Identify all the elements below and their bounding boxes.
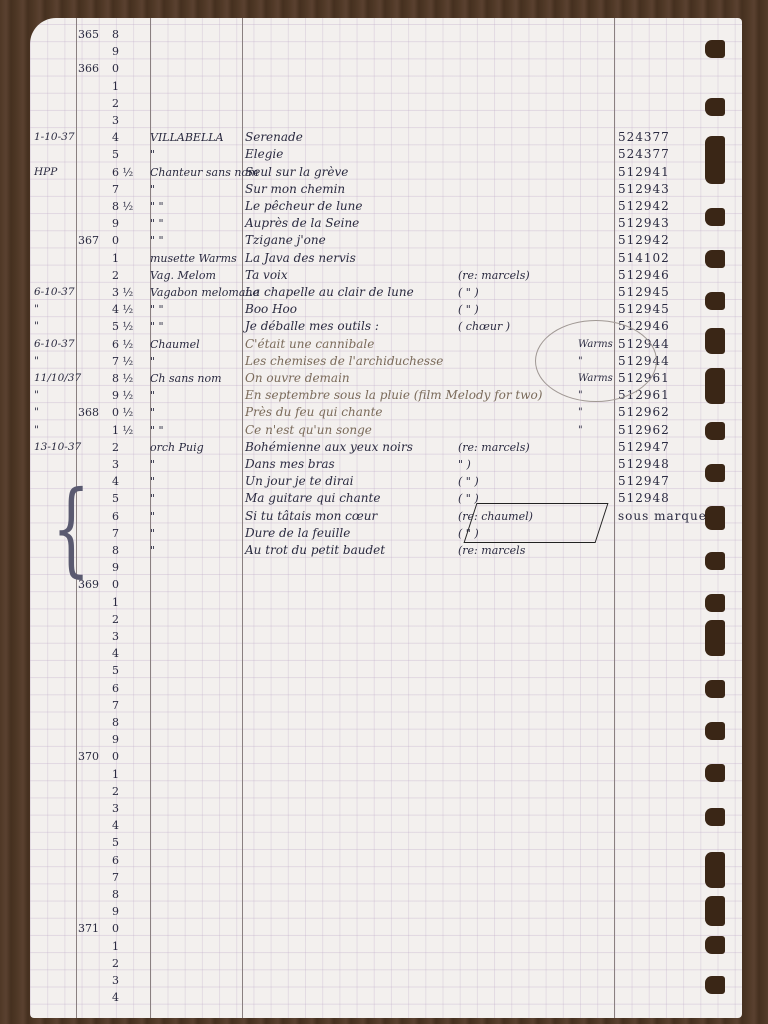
cell-artist: Chaumel <box>150 336 200 353</box>
brace-annotation: { <box>52 470 90 589</box>
cell-sub: 2 <box>112 783 119 800</box>
cell-sub: 4 <box>112 989 119 1006</box>
ledger-row: 3700 <box>30 748 742 765</box>
cell-matrix: 512942 <box>618 198 670 215</box>
ledger-row: 4 <box>30 645 742 662</box>
cell-date: " <box>34 422 39 439</box>
cell-sub: 0 <box>112 576 119 593</box>
ledger-row: 1 <box>30 938 742 955</box>
cell-artist: Chanteur sans nom <box>150 164 258 181</box>
cell-matrix: 512945 <box>618 284 670 301</box>
ledger-row: 5"Elegie524377 <box>30 146 742 163</box>
binder-hole <box>705 620 725 656</box>
cell-title: En septembre sous la pluie (film Melody … <box>245 387 542 404</box>
cell-sub: 7 <box>112 697 119 714</box>
cell-sub: 1 ½ <box>112 422 133 439</box>
ledger-row: 3 <box>30 972 742 989</box>
cell-sub: 8 <box>112 26 119 43</box>
binder-hole <box>705 722 725 740</box>
cell-title: Seul sur la grève <box>245 164 348 181</box>
cell-sub: 1 <box>112 766 119 783</box>
cell-sub: 6 <box>112 680 119 697</box>
cell-sub: 7 <box>112 869 119 886</box>
ledger-row: 1 <box>30 78 742 95</box>
cell-num: 365 <box>78 26 99 43</box>
cell-matrix: 512943 <box>618 215 670 232</box>
cell-sub: 8 <box>112 542 119 559</box>
cell-note: ( " ) <box>458 473 479 490</box>
cell-sub: 9 <box>112 43 119 60</box>
ledger-row: 9 <box>30 559 742 576</box>
cell-title: La chapelle au clair de lune <box>245 284 414 301</box>
cell-title: On ouvre demain <box>245 370 350 387</box>
cell-date: " <box>34 318 39 335</box>
ledger-row: 2Vag. MelomTa voix(re: marcels)512946 <box>30 267 742 284</box>
cell-label: " <box>578 404 583 421</box>
cell-sub: 0 <box>112 60 119 77</box>
cell-title: Je déballe mes outils : <box>245 318 379 335</box>
ledger-row: 2 <box>30 783 742 800</box>
cell-note: (re: marcels <box>458 542 525 559</box>
cell-sub: 7 <box>112 181 119 198</box>
ledger-row: 4"Un jour je te dirai( " )512947 <box>30 473 742 490</box>
cell-title: Auprès de la Seine <box>245 215 359 232</box>
cell-matrix: 524377 <box>618 129 670 146</box>
cell-matrix: 524377 <box>618 146 670 163</box>
cell-sub: 5 <box>112 662 119 679</box>
ledger-row: 1musette WarmsLa Java des nervis514102 <box>30 250 742 267</box>
cell-title: C'était une cannibale <box>245 336 374 353</box>
ledger-row: 7"Dure de la feuille( " ) <box>30 525 742 542</box>
cell-date: 1-10-37 <box>34 129 75 146</box>
cell-sub: 1 <box>112 250 119 267</box>
ledger-row: 2 <box>30 955 742 972</box>
binder-hole <box>705 98 725 116</box>
cell-matrix: 512947 <box>618 439 670 456</box>
cell-matrix: 512945 <box>618 301 670 318</box>
cell-artist: " <box>150 490 155 507</box>
ledger-row: 3690 <box>30 576 742 593</box>
binder-hole <box>705 328 725 354</box>
binder-hole <box>705 250 725 268</box>
ledger-row: 3670" "Tzigane j'one512942 <box>30 232 742 249</box>
cell-artist: " <box>150 525 155 542</box>
cell-title: Ma guitare qui chante <box>245 490 380 507</box>
ledger-row: 6-10-373 ½Vagabon melomaneLa chapelle au… <box>30 284 742 301</box>
binder-hole <box>705 552 725 570</box>
binder-hole <box>705 464 725 482</box>
ledger-row: 4 <box>30 989 742 1006</box>
cell-note: ( " ) <box>458 301 479 318</box>
ledger-row: 3 <box>30 112 742 129</box>
ledger-row: 8 ½" "Le pêcheur de lune512942 <box>30 198 742 215</box>
binder-hole <box>705 136 725 184</box>
ink-box-annotation <box>464 503 609 543</box>
cell-sub: 2 <box>112 955 119 972</box>
cell-date: 6-10-37 <box>34 336 75 353</box>
ledger-row: 1 <box>30 766 742 783</box>
ledger-row: 3660 <box>30 60 742 77</box>
cell-date: 6-10-37 <box>34 284 75 301</box>
cell-sub: 5 <box>112 490 119 507</box>
cell-num: 367 <box>78 232 99 249</box>
cell-note: " ) <box>458 456 471 473</box>
cell-note: (re: marcels) <box>458 267 530 284</box>
cell-title: Boo Hoo <box>245 301 297 318</box>
cell-sub: 1 <box>112 938 119 955</box>
cell-artist: " <box>150 353 155 370</box>
cell-sub: 3 <box>112 456 119 473</box>
ledger-row: 8 <box>30 886 742 903</box>
cell-sub: 8 <box>112 886 119 903</box>
ledger-row: 9 <box>30 903 742 920</box>
ledger-row: 6 <box>30 852 742 869</box>
cell-artist: " <box>150 473 155 490</box>
binder-hole <box>705 292 725 310</box>
cell-sub: 5 ½ <box>112 318 133 335</box>
cell-sub: 9 <box>112 903 119 920</box>
cell-sub: 3 ½ <box>112 284 133 301</box>
cell-artist: " <box>150 404 155 421</box>
cell-sub: 3 <box>112 628 119 645</box>
binder-hole <box>705 506 725 530</box>
ledger-row: 5 <box>30 834 742 851</box>
cell-sub: 8 ½ <box>112 370 133 387</box>
binder-hole <box>705 422 725 440</box>
cell-artist: " <box>150 456 155 473</box>
ledger-row: 5 <box>30 662 742 679</box>
cell-artist: " <box>150 146 155 163</box>
ledger-row: 1-10-374VILLABELLASerenade524377 <box>30 129 742 146</box>
ledger-row: 5"Ma guitare qui chante( " )512948 <box>30 490 742 507</box>
cell-title: Ce n'est qu'un songe <box>245 422 372 439</box>
cell-matrix: 512962 <box>618 404 670 421</box>
ledger-row: 3 <box>30 628 742 645</box>
cell-matrix: 514102 <box>618 250 670 267</box>
cell-sub: 0 <box>112 232 119 249</box>
cell-matrix: sous marque <box>618 508 707 525</box>
cell-sub: 9 <box>112 559 119 576</box>
cell-artist: " <box>150 181 155 198</box>
cell-matrix: 512947 <box>618 473 670 490</box>
cell-artist: " " <box>150 198 164 215</box>
cell-title: Dure de la feuille <box>245 525 350 542</box>
cell-title: Tzigane j'one <box>245 232 326 249</box>
cell-sub: 5 <box>112 146 119 163</box>
cell-sub: 9 ½ <box>112 387 133 404</box>
cell-date: 11/10/37 <box>34 370 81 387</box>
cell-sub: 9 <box>112 215 119 232</box>
cell-sub: 6 ½ <box>112 336 133 353</box>
ledger-row: "1 ½" "Ce n'est qu'un songe"512962 <box>30 422 742 439</box>
cell-title: Bohémienne aux yeux noirs <box>245 439 413 456</box>
cell-title: Si tu tâtais mon cœur <box>245 508 377 525</box>
cell-sub: 2 <box>112 95 119 112</box>
cell-note: ( chœur ) <box>458 318 510 335</box>
cell-sub: 6 ½ <box>112 164 133 181</box>
cell-sub: 4 ½ <box>112 301 133 318</box>
cell-sub: 0 <box>112 920 119 937</box>
ledger-page: 3658936601231-10-374VILLABELLASerenade52… <box>30 18 742 1018</box>
ledger-row: 7"Sur mon chemin512943 <box>30 181 742 198</box>
cell-sub: 7 <box>112 525 119 542</box>
cell-artist: Ch sans nom <box>150 370 222 387</box>
cell-title: Sur mon chemin <box>245 181 345 198</box>
cell-date: HPP <box>34 164 57 181</box>
cell-artist: " <box>150 542 155 559</box>
cell-title: Dans mes bras <box>245 456 335 473</box>
cell-sub: 8 ½ <box>112 198 133 215</box>
cell-label: " <box>578 422 583 439</box>
ledger-row: 9" "Auprès de la Seine512943 <box>30 215 742 232</box>
pencil-circle-annotation <box>535 320 657 402</box>
cell-title: Près du feu qui chante <box>245 404 383 421</box>
cell-artist: " <box>150 387 155 404</box>
ledger-row: "4 ½" "Boo Hoo( " )512945 <box>30 301 742 318</box>
cell-sub: 2 <box>112 611 119 628</box>
cell-sub: 3 <box>112 800 119 817</box>
cell-artist: " " <box>150 232 164 249</box>
ledger-row: 9 <box>30 43 742 60</box>
ledger-row: 3658 <box>30 26 742 43</box>
cell-sub: 1 <box>112 594 119 611</box>
cell-sub: 0 <box>112 748 119 765</box>
binder-hole <box>705 896 725 926</box>
cell-matrix: 512948 <box>618 490 670 507</box>
cell-sub: 0 ½ <box>112 404 133 421</box>
ledger-row: 7 <box>30 869 742 886</box>
cell-title: Serenade <box>245 129 303 146</box>
ledger-row: "3680 ½"Près du feu qui chante"512962 <box>30 404 742 421</box>
cell-note: ( " ) <box>458 284 479 301</box>
ledger-row: 8"Au trot du petit baudet(re: marcels <box>30 542 742 559</box>
cell-sub: 4 <box>112 817 119 834</box>
cell-title: Le pêcheur de lune <box>245 198 363 215</box>
cell-sub: 6 <box>112 852 119 869</box>
cell-sub: 4 <box>112 645 119 662</box>
cell-sub: 4 <box>112 473 119 490</box>
cell-title: La Java des nervis <box>245 250 356 267</box>
binder-hole <box>705 976 725 994</box>
cell-sub: 4 <box>112 129 119 146</box>
ledger-row: 3 <box>30 800 742 817</box>
ledger-row: 8 <box>30 714 742 731</box>
ledger-row: 2 <box>30 95 742 112</box>
cell-artist: musette Warms <box>150 250 237 267</box>
ledger-row: HPP6 ½Chanteur sans nomSeul sur la grève… <box>30 164 742 181</box>
ledger-row: 9 <box>30 731 742 748</box>
cell-date: " <box>34 387 39 404</box>
cell-title: Au trot du petit baudet <box>245 542 385 559</box>
cell-matrix: 512962 <box>618 422 670 439</box>
cell-date: " <box>34 404 39 421</box>
cell-sub: 8 <box>112 714 119 731</box>
cell-num: 370 <box>78 748 99 765</box>
ledger-row: 7 <box>30 697 742 714</box>
ledger-row: 3710 <box>30 920 742 937</box>
cell-num: 371 <box>78 920 99 937</box>
cell-matrix: 512946 <box>618 267 670 284</box>
cell-artist: Vagabon melomane <box>150 284 259 301</box>
cell-artist: Vag. Melom <box>150 267 216 284</box>
binder-hole <box>705 40 725 58</box>
cell-sub: 9 <box>112 731 119 748</box>
cell-sub: 7 ½ <box>112 353 133 370</box>
binder-hole <box>705 852 725 888</box>
cell-artist: " " <box>150 318 164 335</box>
ledger-row: 1 <box>30 594 742 611</box>
cell-sub: 2 <box>112 267 119 284</box>
binder-hole <box>705 368 725 404</box>
binder-hole <box>705 594 725 612</box>
cell-sub: 3 <box>112 112 119 129</box>
cell-artist: orch Puig <box>150 439 204 456</box>
cell-title: Les chemises de l'archiduchesse <box>245 353 443 370</box>
cell-artist: " " <box>150 215 164 232</box>
ledger-row: 6 <box>30 680 742 697</box>
cell-note: (re: marcels) <box>458 439 530 456</box>
ledger-row: 6"Si tu tâtais mon cœur(re: chaumel)sous… <box>30 508 742 525</box>
cell-date: " <box>34 353 39 370</box>
binder-hole <box>705 680 725 698</box>
cell-artist: " <box>150 508 155 525</box>
binder-hole <box>705 808 725 826</box>
cell-date: 13-10-37 <box>34 439 81 456</box>
cell-artist: VILLABELLA <box>150 129 224 146</box>
ledger-row: 2 <box>30 611 742 628</box>
cell-matrix: 512943 <box>618 181 670 198</box>
cell-num: 366 <box>78 60 99 77</box>
cell-artist: " " <box>150 301 164 318</box>
ledger-row: 4 <box>30 817 742 834</box>
cell-matrix: 512942 <box>618 232 670 249</box>
cell-matrix: 512948 <box>618 456 670 473</box>
cell-date: " <box>34 301 39 318</box>
ledger-row: 3"Dans mes bras" )512948 <box>30 456 742 473</box>
cell-artist: " " <box>150 422 164 439</box>
cell-sub: 5 <box>112 834 119 851</box>
cell-title: Elegie <box>245 146 283 163</box>
binder-hole <box>705 936 725 954</box>
cell-matrix: 512941 <box>618 164 670 181</box>
ledger-row: 13-10-372orch PuigBohémienne aux yeux no… <box>30 439 742 456</box>
cell-sub: 3 <box>112 972 119 989</box>
cell-num: 368 <box>78 404 99 421</box>
binder-hole <box>705 208 725 226</box>
cell-sub: 1 <box>112 78 119 95</box>
cell-sub: 2 <box>112 439 119 456</box>
binder-hole <box>705 764 725 782</box>
cell-title: Un jour je te dirai <box>245 473 354 490</box>
cell-sub: 6 <box>112 508 119 525</box>
cell-title: Ta voix <box>245 267 288 284</box>
